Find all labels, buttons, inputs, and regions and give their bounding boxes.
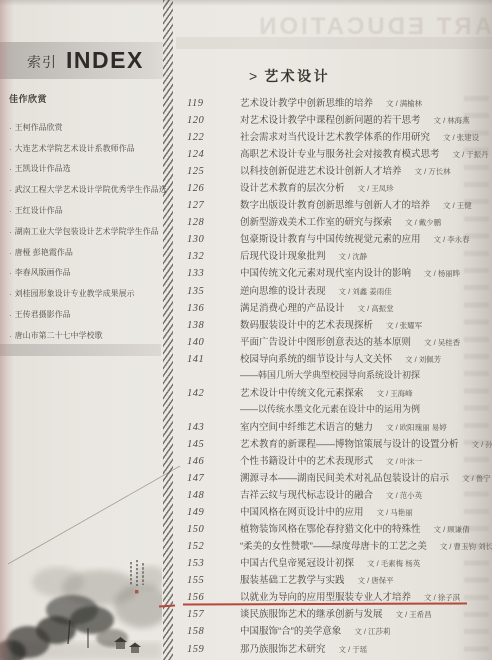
featured-works-heading: 佳作欣赏 (9, 92, 167, 105)
section-heading: > 艺术设计 (249, 66, 330, 86)
toc-entry: 124 高职艺术设计专业与服务社会对接教育模式思考 文 /于振丹 (187, 146, 490, 163)
author-prefix: 文 / (434, 525, 446, 534)
author-prefix: 文 / (354, 627, 366, 636)
toc-entry-group: 127 数字出版设计教育创新思维与创新人才的培养 文 /王健 (187, 197, 490, 214)
featured-work-item: ·王柯作品欣赏 (9, 112, 167, 133)
featured-work-item: ·唐桠 彭艳霞作品 (9, 237, 167, 258)
page-number: 153 (187, 558, 213, 569)
toc-entry: 158 中国服饰“合”的美学意象 文 /江莎莉 (187, 623, 490, 640)
entry-title: 服装基础工艺教学与实践 (240, 572, 345, 586)
index-label-en: INDEX (66, 47, 144, 74)
toc-entry: 157 谈民族服饰艺术的继承创新与发展 文 /王希昌 (187, 606, 490, 623)
entry-title: 以就业为导向的应用型服装专业人才培养 (240, 589, 411, 603)
toc-entry-group: 143 室内空间中纤维艺术语言的魅力 文 /欧阳瑰丽 易婷 (187, 419, 490, 436)
author-prefix: 文 / (339, 645, 351, 654)
toc-entry: 122 社会需求对当代设计艺术教学体系的作用研究 文 /张建设 (187, 129, 490, 146)
page-number: 156 (187, 592, 213, 603)
page-number: 149 (187, 507, 213, 518)
page-number: 147 (187, 473, 213, 484)
entry-author: 文 /杨丽晔 (424, 268, 460, 279)
featured-work-item: ·王红设计作品 (9, 195, 167, 216)
entry-author: 文 /于瑶 (339, 644, 368, 655)
entry-title: 谈民族服饰艺术的继承创新与发展 (240, 606, 383, 620)
toc-list: 119 艺术设计教学中创新思维的培养 文 /满榆林 120 对艺术设计教学中课程… (187, 95, 490, 658)
scanned-index-page: ART EDUCATION 索引 INDEX 佳作欣赏 ·王柯作品欣赏 ·大连艺… (0, 0, 492, 660)
author-name: 刘鑫 姜雨佳 (352, 287, 392, 296)
page-number: 141 (187, 354, 213, 365)
entry-title: 中国古代皇帝冕冠设计初探 (240, 555, 354, 569)
featured-work-label: 王柯作品欣赏 (15, 122, 63, 133)
toc-entry-group: 153 中国古代皇帝冕冠设计初探 文 /毛素梅 杨英 (187, 555, 490, 572)
toc-entry: 136 满足消费心理的产品设计 文 /高振堂 (187, 300, 490, 317)
page-left-edge (0, 0, 14, 660)
author-name: 万长林 (428, 167, 451, 176)
entry-author: 文 /刘鑫 姜雨佳 (339, 286, 392, 297)
author-prefix: 文 / (424, 593, 436, 602)
section-title: 艺术设计 (264, 66, 330, 86)
toc-entry-group: 158 中国服饰“合”的美学意象 文 /江莎莉 (187, 623, 490, 640)
page-number: 146 (187, 456, 213, 467)
featured-work-label: 武汉工程大学艺术设计学院优秀学生作品选 (15, 184, 167, 195)
hatched-divider (163, 0, 173, 660)
page-number: 122 (187, 132, 213, 143)
toc-entry: 140 平面广告设计中图形创意表达的基本原则 文 /吴桂香 (187, 334, 490, 351)
entry-title: 设计艺术教育的层次分析 (240, 180, 345, 194)
page-number: 132 (187, 251, 213, 262)
featured-work-item: ·大连艺术学院艺术设计系教师作品 (9, 133, 167, 154)
entry-author: 文 /江莎莉 (354, 626, 390, 637)
featured-work-label: 大连艺术学院艺术设计系教师作品 (15, 143, 135, 154)
toc-entry: 126 设计艺术教育的层次分析 文 /王凤珍 (187, 180, 490, 197)
page-number: 140 (187, 337, 213, 348)
entry-author: 文 /万长林 (415, 166, 451, 177)
page-number: 130 (187, 234, 213, 245)
entry-author: 文 /王海峰 (377, 388, 413, 399)
page-number: 159 (187, 644, 213, 655)
entry-author: 文 /满榆林 (386, 98, 422, 109)
toc-entry: 152 “柔美的女性赞歌”——绿度母唐卡的工艺之美 文 /曹玉钧 刘长宜 (187, 538, 490, 555)
toc-entry-group: 119 艺术设计教学中创新思维的培养 文 /满榆林 (187, 95, 490, 112)
toc-entry: 150 植物装饰风格在鄂伦春狩猎文化中的特殊性 文 /顾谦倩 (187, 521, 490, 538)
author-prefix: 文 / (405, 355, 417, 364)
page-number: 152 (187, 541, 213, 552)
entry-title: 中国传统文化元素对现代室内设计的影响 (240, 265, 411, 279)
author-name: 戴少鹏 (419, 218, 442, 227)
page-number: 125 (187, 166, 213, 177)
author-prefix: 文 / (386, 457, 398, 466)
toc-entry-group: 122 社会需求对当代设计艺术教学体系的作用研究 文 /张建设 (187, 129, 490, 146)
entry-title: 植物装饰风格在鄂伦春狩猎文化中的特殊性 (240, 521, 421, 535)
toc-entry: 145 艺术教育的新课程——博物馆策展与设计的设置分析 文 /孙海垠 马惠芳 (187, 436, 490, 453)
entry-title: 后现代设计现象批判 (240, 248, 326, 262)
featured-work-label: 王凯设计作品选 (15, 163, 71, 174)
entry-subtitle: ——韩国几所大学典型校园导向系统设计初探 (240, 368, 420, 381)
entry-title: 满足消费心理的产品设计 (240, 300, 345, 314)
author-name: 江莎莉 (368, 627, 391, 636)
author-prefix: 文 / (386, 423, 398, 432)
featured-work-label: 王传君摄影作品 (15, 309, 71, 320)
entry-title: 校园导向系统的细节设计与人文关怀 (240, 351, 392, 365)
sidebar-end-bar (0, 344, 161, 356)
toc-entry-group: 133 中国传统文化元素对现代室内设计的影响 文 /杨丽晔 (187, 265, 490, 282)
author-prefix: 文 / (434, 116, 446, 125)
author-name: 毛素梅 杨英 (381, 559, 421, 568)
toc-entry-group: 140 平面广告设计中图形创意表达的基本原则 文 /吴桂香 (187, 334, 490, 351)
page-number: 126 (187, 183, 213, 194)
entry-title: 数字出版设计教育创新思维与创新人才的培养 (240, 197, 430, 211)
entry-author: 文 /王凤珍 (358, 183, 394, 194)
author-name: 叶沫一 (400, 457, 423, 466)
page-number: 127 (187, 200, 213, 211)
entry-title: 艺术设计教学中创新思维的培养 (240, 95, 373, 109)
entry-title: “柔美的女性赞歌”——绿度母唐卡的工艺之美 (240, 538, 427, 552)
featured-work-label: 湖南工业大学包装设计艺术学院学生作品 (15, 226, 159, 237)
toc-entry: 133 中国传统文化元素对现代室内设计的影响 文 /杨丽晔 (187, 265, 490, 282)
author-prefix: 文 / (358, 576, 370, 585)
toc-entry-group: 138 数码服装设计中的艺术表现探析 文 /张耀军 (187, 317, 490, 334)
entry-title: 溯源寻本——湖南民间美术对礼品包装设计的启示 (240, 470, 449, 484)
featured-work-label: 刘桂园形象设计专业教学成果展示 (15, 288, 135, 299)
toc-entry: 135 逆向思维的设计表现 文 /刘鑫 姜雨佳 (187, 283, 490, 300)
author-name: 张耀军 (400, 321, 423, 330)
entry-title: 对艺术设计教学中课程创新问题的若干思考 (240, 112, 421, 126)
featured-work-item: ·李春风版画作品 (9, 258, 167, 279)
page-number: 135 (187, 286, 213, 297)
entry-author: 文 /高振堂 (358, 303, 394, 314)
toc-entry-group: 120 对艺术设计教学中课程创新问题的若干思考 文 /林海燕 (187, 112, 490, 129)
toc-entry: 128 创新型游戏美术工作室的研究与探索 文 /戴少鹏 (187, 214, 490, 231)
entry-title: 创新型游戏美术工作室的研究与探索 (240, 214, 392, 228)
toc-entry-group: 145 艺术教育的新课程——博物馆策展与设计的设置分析 文 /孙海垠 马惠芳 (187, 436, 490, 453)
entry-subtitle-row: ——韩国几所大学典型校园导向系统设计初探 (187, 368, 490, 385)
entry-title: 艺术设计中传统文化元素探索 (240, 385, 364, 399)
index-label-cn: 索引 (27, 52, 57, 72)
toc-entry-group: 142 艺术设计中传统文化元素探索 文 /王海峰 ——以传统水墨文化元素在设计中… (187, 385, 490, 419)
entry-author: 文 /吴桂香 (424, 337, 460, 348)
toc-entry: 156 以就业为导向的应用型服装专业人才培养 文 /徐子淇 (187, 589, 490, 606)
toc-entry: 119 艺术设计教学中创新思维的培养 文 /满榆林 (187, 95, 490, 112)
page-number: 150 (187, 524, 213, 535)
author-name: 欧阳瑰丽 易婷 (400, 423, 447, 432)
toc-entry: 153 中国古代皇帝冕冠设计初探 文 /毛素梅 杨英 (187, 555, 490, 572)
index-header-bar: 索引 INDEX (0, 42, 163, 79)
toc-entry-group: 152 “柔美的女性赞歌”——绿度母唐卡的工艺之美 文 /曹玉钧 刘长宜 (187, 538, 490, 555)
ink-painting (0, 548, 162, 660)
author-name: 王凤珍 (371, 184, 394, 193)
page-number: 143 (187, 422, 213, 433)
featured-works-list: 佳作欣赏 ·王柯作品欣赏 ·大连艺术学院艺术设计系教师作品 ·王凯设计作品选 ·… (9, 92, 167, 341)
entry-author: 文 /王希昌 (396, 609, 432, 620)
toc-entry-group: 125 以科技创新促进艺术设计创新人才培养 文 /万长林 (187, 163, 490, 180)
entry-author: 文 /沈静 (339, 251, 368, 262)
toc-entry-group: 149 中国风格在网页设计中的应用 文 /马艳丽 (187, 504, 490, 521)
author-name: 刘佩芳 (419, 355, 442, 364)
author-prefix: 文 / (386, 321, 398, 330)
featured-work-item: ·唐山市第二十七中学校歌 (9, 320, 167, 341)
author-prefix: 文 / (358, 184, 370, 193)
author-prefix: 文 / (377, 508, 389, 517)
author-name: 马艳丽 (390, 508, 413, 517)
entry-subtitle-row: ——以传统水墨文化元素在设计中的运用为例 (187, 402, 490, 419)
entry-title: 中国风格在网页设计中的应用 (240, 504, 364, 518)
page-number: 155 (187, 575, 213, 586)
toc-entry: 149 中国风格在网页设计中的应用 文 /马艳丽 (187, 504, 490, 521)
toc-entry-group: 128 创新型游戏美术工作室的研究与探索 文 /戴少鹏 (187, 214, 490, 231)
toc-entry-group: 156 以就业为导向的应用型服装专业人才培养 文 /徐子淇 (187, 589, 490, 606)
entry-author: 文 /毛素梅 杨英 (367, 558, 420, 569)
toc-entry-group: 159 那乃族服饰艺术研究 文 /于瑶 (187, 641, 490, 658)
entry-subtitle: ——以传统水墨文化元素在设计中的运用为例 (240, 402, 420, 415)
toc-entry-group: 157 谈民族服饰艺术的继承创新与发展 文 /王希昌 (187, 606, 490, 623)
entry-title: 那乃族服饰艺术研究 (240, 641, 326, 655)
featured-work-item: ·王凯设计作品选 (9, 154, 167, 175)
page-number: 133 (187, 268, 213, 279)
author-prefix: 文 / (440, 542, 452, 551)
author-prefix: 文 / (367, 559, 379, 568)
toc-entry-group: 124 高职艺术设计专业与服务社会对接教育模式思考 文 /于振丹 (187, 146, 490, 163)
author-name: 范小英 (400, 491, 423, 500)
author-prefix: 文 / (424, 269, 436, 278)
entry-author: 文 /戴少鹏 (405, 217, 441, 228)
page-number: 136 (187, 303, 213, 314)
toc-entry-group: 146 个性书籍设计中的艺术表现形式 文 /叶沫一 (187, 453, 490, 470)
featured-work-item: ·刘桂园形象设计专业教学成果展示 (9, 278, 167, 299)
author-prefix: 文 / (443, 201, 455, 210)
toc-entry: 141 校园导向系统的细节设计与人文关怀 文 /刘佩芳 (187, 351, 490, 368)
toc-entry-group: 150 植物装饰风格在鄂伦春狩猎文化中的特殊性 文 /顾谦倩 (187, 521, 490, 538)
toc-entry: 127 数字出版设计教育创新思维与创新人才的培养 文 /王健 (187, 197, 490, 214)
page-number: 120 (187, 115, 213, 126)
toc-entry-group: 135 逆向思维的设计表现 文 /刘鑫 姜雨佳 (187, 283, 490, 300)
toc-entry: 142 艺术设计中传统文化元素探索 文 /王海峰 (187, 385, 490, 402)
entry-title: 高职艺术设计专业与服务社会对接教育模式思考 (240, 146, 440, 160)
toc-entry: 143 室内空间中纤维艺术语言的魅力 文 /欧阳瑰丽 易婷 (187, 419, 490, 436)
entry-title: 个性书籍设计中的艺术表现形式 (240, 453, 373, 467)
entry-title: 以科技创新促进艺术设计创新人才培养 (240, 163, 402, 177)
entry-title: 艺术教育的新课程——博物馆策展与设计的设置分析 (240, 436, 459, 450)
toc-entry: 146 个性书籍设计中的艺术表现形式 文 /叶沫一 (187, 453, 490, 470)
entry-author: 文 /叶沫一 (386, 456, 422, 467)
author-prefix: 文 / (386, 491, 398, 500)
page-number: 124 (187, 149, 213, 160)
featured-work-label: 王红设计作品 (15, 205, 63, 216)
page-number: 119 (187, 98, 213, 109)
entry-title: 社会需求对当代设计艺术教学体系的作用研究 (240, 129, 430, 143)
page-number: 138 (187, 320, 213, 331)
toc-entry: 159 那乃族服饰艺术研究 文 /于瑶 (187, 641, 490, 658)
author-name: 满榆林 (400, 99, 423, 108)
toc-entry: 132 后现代设计现象批判 文 /沈静 (187, 248, 490, 265)
author-name: 高振堂 (371, 304, 394, 313)
page-number: 142 (187, 388, 213, 399)
entry-author: 文 /张耀军 (386, 320, 422, 331)
entry-title: 逆向思维的设计表现 (240, 283, 326, 297)
toc-entry: 148 吉祥云纹与现代标志设计的融合 文 /范小英 (187, 487, 490, 504)
entry-title: 吉祥云纹与现代标志设计的融合 (240, 487, 373, 501)
toc-entry: 155 服装基础工艺教学与实践 文 /唐保平 (187, 572, 490, 589)
entry-title: 包豪斯设计教育与中国传统视觉元素的应用 (240, 231, 421, 245)
author-prefix: 文 / (424, 338, 436, 347)
chevron-marker: > (249, 68, 257, 84)
author-name: 王希昌 (409, 610, 432, 619)
author-prefix: 文 / (377, 389, 389, 398)
toc-main: > 艺术设计 119 艺术设计教学中创新思维的培养 文 /满榆林 (185, 0, 490, 660)
toc-entry: 147 溯源寻本——湖南民间美术对礼品包装设计的启示 文 /鲁宁 (187, 470, 490, 487)
featured-work-item: ·武汉工程大学艺术设计学院优秀学生作品选 (9, 174, 167, 195)
toc-entry: 125 以科技创新促进艺术设计创新人才培养 文 /万长林 (187, 163, 490, 180)
page-number: 157 (187, 609, 213, 620)
entry-author: 文 /刘佩芳 (405, 354, 441, 365)
toc-entry-group: 132 后现代设计现象批判 文 /沈静 (187, 248, 490, 265)
entry-author: 文 /唐保平 (358, 575, 394, 586)
entry-author: 文 /欧阳瑰丽 易婷 (386, 422, 447, 433)
featured-work-item: ·王传君摄影作品 (9, 299, 167, 320)
page-right-edge (456, 0, 492, 660)
author-name: 沈静 (352, 252, 367, 261)
toc-entry-group: 147 溯源寻本——湖南民间美术对礼品包装设计的启示 文 /鲁宁 (187, 470, 490, 487)
author-prefix: 文 / (396, 610, 408, 619)
toc-entry-group: 148 吉祥云纹与现代标志设计的融合 文 /范小英 (187, 487, 490, 504)
toc-entry: 130 包豪斯设计教育与中国传统视觉元素的应用 文 /李永春 (187, 231, 490, 248)
page-number: 145 (187, 439, 213, 450)
featured-work-item: ·湖南工业大学包装设计艺术学院学生作品 (9, 216, 167, 237)
entry-title: 室内空间中纤维艺术语言的魅力 (240, 419, 373, 433)
entry-title: 平面广告设计中图形创意表达的基本原则 (240, 334, 411, 348)
author-prefix: 文 / (405, 218, 417, 227)
toc-entry-group: 141 校园导向系统的细节设计与人文关怀 文 /刘佩芳 ——韩国几所大学典型校园… (187, 351, 490, 385)
toc-entry: 120 对艺术设计教学中课程创新问题的若干思考 文 /林海燕 (187, 112, 490, 129)
author-prefix: 文 / (443, 133, 455, 142)
page-number: 158 (187, 626, 213, 637)
featured-work-label: 唐桠 彭艳霞作品 (15, 247, 73, 258)
featured-work-label: 李春风版画作品 (15, 267, 71, 278)
toc-entry-group: 130 包豪斯设计教育与中国传统视觉元素的应用 文 /李永春 (187, 231, 490, 248)
author-prefix: 文 / (339, 287, 351, 296)
entry-author: 文 /范小英 (386, 490, 422, 501)
author-name: 于瑶 (352, 645, 367, 654)
red-underline (183, 602, 467, 605)
author-prefix: 文 / (415, 167, 427, 176)
toc-entry-group: 136 满足消费心理的产品设计 文 /高振堂 (187, 300, 490, 317)
author-prefix: 文 / (358, 304, 370, 313)
author-prefix: 文 / (386, 99, 398, 108)
author-name: 唐保平 (371, 576, 394, 585)
toc-entry-group: 126 设计艺术教育的层次分析 文 /王凤珍 (187, 180, 490, 197)
page-number: 148 (187, 490, 213, 501)
author-prefix: 文 / (339, 252, 351, 261)
page-number: 128 (187, 217, 213, 228)
toc-entry: 138 数码服装设计中的艺术表现探析 文 /张耀军 (187, 317, 490, 334)
author-prefix: 文 / (434, 235, 446, 244)
toc-entry-group: 155 服装基础工艺教学与实践 文 /唐保平 (187, 572, 490, 589)
author-name: 王海峰 (390, 389, 413, 398)
entry-author: 文 /马艳丽 (377, 507, 413, 518)
entry-title: 中国服饰“合”的美学意象 (240, 623, 341, 637)
entry-title: 数码服装设计中的艺术表现探析 (240, 317, 373, 331)
featured-work-label: 唐山市第二十七中学校歌 (15, 330, 103, 341)
